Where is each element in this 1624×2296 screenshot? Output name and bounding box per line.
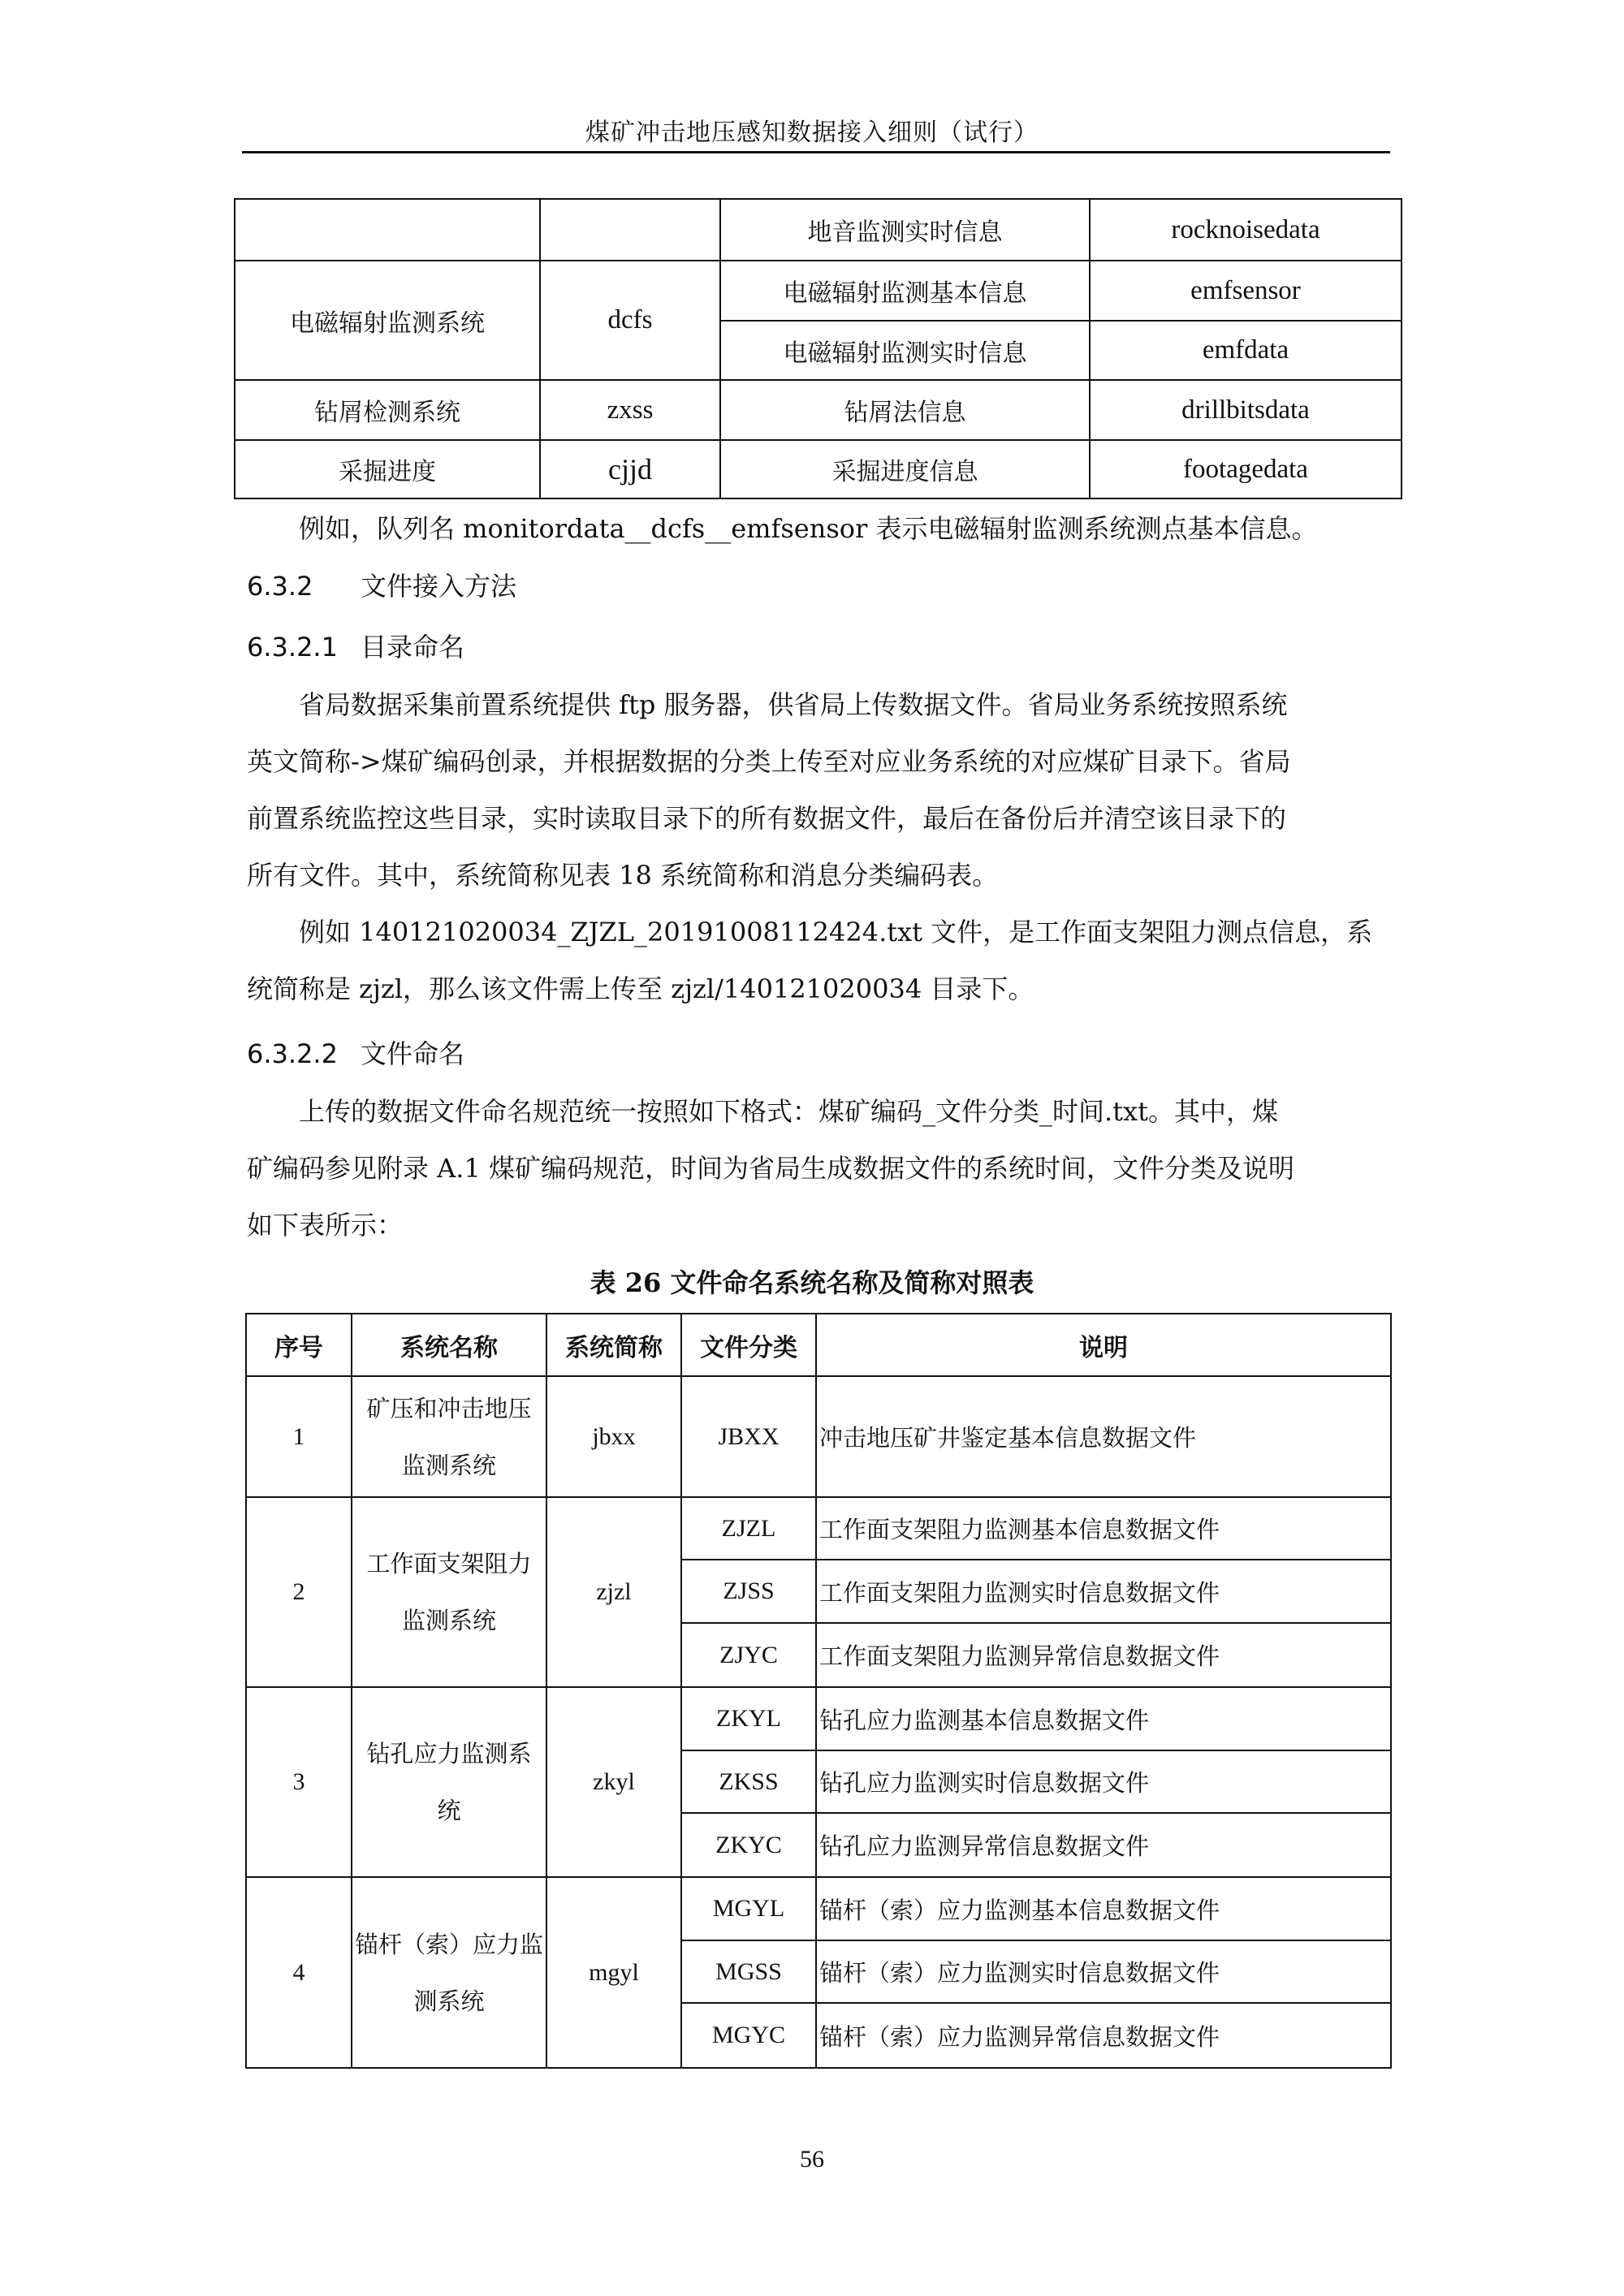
cell-file-type: MGYC [681,2003,816,2068]
cell-abbr: zjzl [546,1497,681,1687]
text-line: 前置系统监控这些目录，实时读取目录下的所有数据文件，最后在备份后并清空该目录下的 [247,790,1392,847]
section-title: 文件命名 [361,1038,464,1069]
system-name-line: 监测系统 [352,1592,546,1649]
cell-no: 3 [246,1687,352,1877]
cell-abbr: dcfs [540,261,720,380]
cell-description: 钻孔应力监测基本信息数据文件 [816,1687,1391,1750]
table-row: 钻屑检测系统 zxss 钻屑法信息 drillbitsdata [235,380,1402,440]
cell-description: 工作面支架阻力监测基本信息数据文件 [816,1497,1391,1560]
section-heading-6-3-2-2: 6.3.2.2文件命名 [247,1034,464,1071]
table-row: 采掘进度 cjjd 采掘进度信息 footagedata [235,440,1402,498]
cell-abbr: cjjd [540,440,720,498]
system-queue-table: 地音监测实时信息 rocknoisedata 电磁辐射监测系统 dcfs 电磁辐… [234,198,1402,499]
column-header: 说明 [816,1314,1391,1376]
cell-abbr: jbxx [546,1376,681,1497]
system-name-line: 测系统 [352,1973,546,2030]
column-header: 系统名称 [352,1314,546,1376]
column-header: 文件分类 [681,1314,816,1376]
text-line: 英文简称->煤矿编码创录，并根据数据的分类上传至对应业务系统的对应煤矿目录下。省… [247,733,1392,790]
system-name-line: 钻孔应力监测系 [352,1725,546,1782]
cell-description: 钻孔应力监测实时信息数据文件 [816,1750,1391,1813]
cell-file-type: MGSS [681,1940,816,2003]
text-line: 例如，队列名 monitordata__dcfs__emfsensor 表示电磁… [247,500,1392,557]
cell-file-type: ZJSS [681,1560,816,1623]
table-row: 1 矿压和冲击地压 监测系统 jbxx JBXX 冲击地压矿井鉴定基本信息数据文… [246,1376,1391,1497]
text-line: 统简称是 zjzl，那么该文件需上传至 zjzl/140121020034 目录… [247,960,1392,1017]
column-header: 系统简称 [546,1314,681,1376]
cell-info: 钻屑法信息 [720,380,1090,440]
section-number: 6.3.2 [247,571,361,602]
document-header-title: 煤矿冲击地压感知数据接入细则（试行） [0,112,1624,148]
cell-code: emfsensor [1090,261,1402,321]
cell-system [235,199,540,261]
table-caption: 表 26 文件命名系统名称及简称对照表 [0,1262,1624,1300]
cell-system: 钻屑检测系统 [235,380,540,440]
file-naming-table: 序号 系统名称 系统简称 文件分类 说明 1 矿压和冲击地压 监测系统 jbxx… [245,1313,1392,2069]
system-name-line: 矿压和冲击地压 [352,1380,546,1437]
cell-file-type: ZKYC [681,1813,816,1877]
cell-file-type: JBXX [681,1376,816,1497]
cell-file-type: ZKSS [681,1750,816,1813]
cell-system-name: 钻孔应力监测系 统 [352,1687,546,1877]
paragraph-directory-naming: 省局数据采集前置系统提供 ftp 服务器，供省局上传数据文件。省局业务系统按照系… [247,676,1392,904]
cell-description: 锚杆（索）应力监测基本信息数据文件 [816,1877,1391,1940]
cell-no: 4 [246,1877,352,2068]
header-divider [242,151,1390,153]
cell-description: 工作面支架阻力监测实时信息数据文件 [816,1560,1391,1623]
cell-abbr: mgyl [546,1877,681,2068]
text-line: 如下表所示： [247,1197,1392,1254]
page-number: 56 [0,2146,1624,2173]
cell-file-type: MGYL [681,1877,816,1940]
cell-info: 电磁辐射监测基本信息 [720,261,1090,321]
cell-abbr: zkyl [546,1687,681,1877]
paragraph-file-example: 例如 140121020034_ZJZL_20191008112424.txt … [247,904,1392,1017]
cell-file-type: ZJZL [681,1497,816,1560]
cell-system: 电磁辐射监测系统 [235,261,540,380]
cell-description: 工作面支架阻力监测异常信息数据文件 [816,1623,1391,1687]
cell-abbr: zxss [540,380,720,440]
cell-abbr [540,199,720,261]
cell-file-type: ZKYL [681,1687,816,1750]
text-line: 例如 140121020034_ZJZL_20191008112424.txt … [247,904,1392,960]
cell-system-name: 工作面支架阻力 监测系统 [352,1497,546,1687]
section-heading-6-3-2-1: 6.3.2.1目录命名 [247,627,464,664]
table-row: 电磁辐射监测系统 dcfs 电磁辐射监测基本信息 emfsensor [235,261,1402,321]
text-line: 所有文件。其中，系统简称见表 18 系统简称和消息分类编码表。 [247,847,1392,904]
paragraph-file-naming: 上传的数据文件命名规范统一按照如下格式：煤矿编码_文件分类_时间.txt。其中，… [247,1083,1392,1254]
cell-info: 电磁辐射监测实时信息 [720,321,1090,380]
table-row: 2 工作面支架阻力 监测系统 zjzl ZJZL 工作面支架阻力监测基本信息数据… [246,1497,1391,1560]
system-name-line: 监测系统 [352,1437,546,1494]
table-row: 地音监测实时信息 rocknoisedata [235,199,1402,261]
cell-system-name: 矿压和冲击地压 监测系统 [352,1376,546,1497]
cell-description: 锚杆（索）应力监测实时信息数据文件 [816,1940,1391,2003]
cell-no: 1 [246,1376,352,1497]
table-row: 4 锚杆（索）应力监 测系统 mgyl MGYL 锚杆（索）应力监测基本信息数据… [246,1877,1391,1940]
text-line: 上传的数据文件命名规范统一按照如下格式：煤矿编码_文件分类_时间.txt。其中，… [247,1083,1392,1140]
column-header: 序号 [246,1314,352,1376]
section-title: 文件接入方法 [361,571,516,602]
cell-description: 冲击地压矿井鉴定基本信息数据文件 [816,1376,1391,1497]
cell-code: footagedata [1090,440,1402,498]
text-line: 省局数据采集前置系统提供 ftp 服务器，供省局上传数据文件。省局业务系统按照系… [247,676,1392,733]
cell-code: drillbitsdata [1090,380,1402,440]
table-header-row: 序号 系统名称 系统简称 文件分类 说明 [246,1314,1391,1376]
system-name-line: 锚杆（索）应力监 [352,1916,546,1973]
cell-description: 钻孔应力监测异常信息数据文件 [816,1813,1391,1877]
system-name-line: 工作面支架阻力 [352,1535,546,1592]
cell-info: 地音监测实时信息 [720,199,1090,261]
system-name-line: 统 [352,1782,546,1839]
cell-system: 采掘进度 [235,440,540,498]
paragraph-queue-example: 例如，队列名 monitordata__dcfs__emfsensor 表示电磁… [247,500,1392,557]
text-line: 矿编码参见附录 A.1 煤矿编码规范，时间为省局生成数据文件的系统时间，文件分类… [247,1140,1392,1197]
cell-code: rocknoisedata [1090,199,1402,261]
cell-description: 锚杆（索）应力监测异常信息数据文件 [816,2003,1391,2068]
section-number: 6.3.2.2 [247,1038,361,1069]
cell-code: emfdata [1090,321,1402,380]
section-number: 6.3.2.1 [247,632,361,662]
table-row: 3 钻孔应力监测系 统 zkyl ZKYL 钻孔应力监测基本信息数据文件 [246,1687,1391,1750]
cell-file-type: ZJYC [681,1623,816,1687]
cell-system-name: 锚杆（索）应力监 测系统 [352,1877,546,2068]
cell-no: 2 [246,1497,352,1687]
cell-info: 采掘进度信息 [720,440,1090,498]
section-title: 目录命名 [361,632,464,662]
section-heading-6-3-2: 6.3.2文件接入方法 [247,566,516,603]
